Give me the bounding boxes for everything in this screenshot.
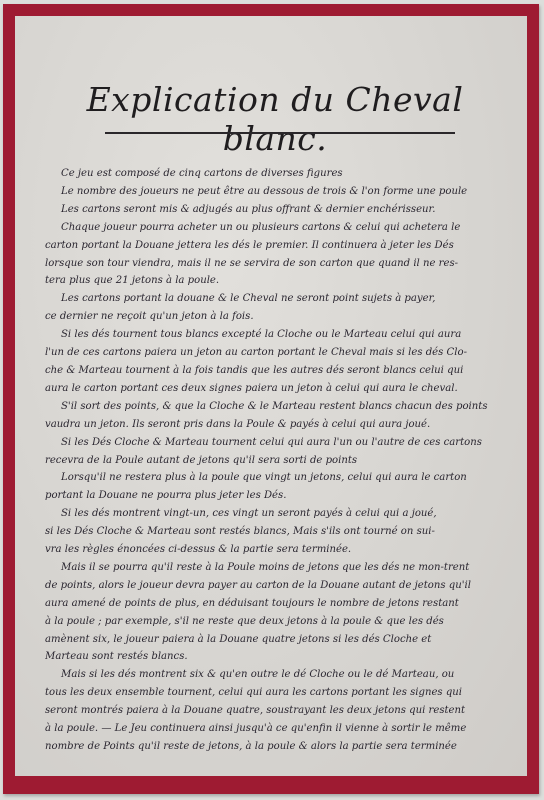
text-line: lorsque son tour viendra, mais il ne se … (45, 255, 515, 273)
text-line: à la poule ; par exemple, s'il ne reste … (45, 613, 515, 631)
text-line: Si les dés tournent tous blancs excepté … (45, 326, 515, 344)
text-line: S'il sort des points, & que la Cloche & … (45, 398, 515, 416)
document-body: Ce jeu est composé de cinq cartons de di… (45, 165, 515, 756)
document-title: Explication du Cheval blanc. (35, 80, 515, 158)
text-line: Les cartons seront mis & adjugés au plus… (45, 201, 515, 219)
text-line: ce dernier ne reçoit qu'un jeton à la fo… (45, 308, 515, 326)
card-border: Explication du Cheval blanc. Ce jeu est … (3, 4, 539, 794)
text-line: Si les Dés Cloche & Marteau tournent cel… (45, 434, 515, 452)
text-line: si les Dés Cloche & Marteau sont restés … (45, 523, 515, 541)
text-line: Marteau sont restés blancs. (45, 648, 515, 666)
text-line: Mais il se pourra qu'il reste à la Poule… (45, 559, 515, 577)
text-line: che & Marteau tournent à la fois tandis … (45, 362, 515, 380)
manuscript-page: Explication du Cheval blanc. Ce jeu est … (15, 16, 527, 776)
text-line: Lorsqu'il ne restera plus à la poule que… (45, 469, 515, 487)
text-line: nombre de Points qu'il reste de jetons, … (45, 738, 515, 756)
text-line: à la poule. — Le Jeu continuera ainsi ju… (45, 720, 515, 738)
text-line: Le nombre des joueurs ne peut être au de… (45, 183, 515, 201)
text-line: Les cartons portant la douane & le Cheva… (45, 290, 515, 308)
text-line: portant la Douane ne pourra plus jeter l… (45, 487, 515, 505)
text-line: Chaque joueur pourra acheter un ou plusi… (45, 219, 515, 237)
text-line: vaudra un jeton. Ils seront pris dans la… (45, 416, 515, 434)
text-line: carton portant la Douane jettera les dés… (45, 237, 515, 255)
text-line: l'un de ces cartons paiera un jeton au c… (45, 344, 515, 362)
text-line: tous les deux ensemble tournent, celui q… (45, 684, 515, 702)
text-line: Ce jeu est composé de cinq cartons de di… (45, 165, 515, 183)
text-line: aura amené de points de plus, en déduisa… (45, 595, 515, 613)
text-line: amènent six, le joueur paiera à la Douan… (45, 631, 515, 649)
text-line: de points, alors le joueur devra payer a… (45, 577, 515, 595)
text-line: Mais si les dés montrent six & qu'en out… (45, 666, 515, 684)
text-line: vra les règles énoncées ci-dessus & la p… (45, 541, 515, 559)
title-underline (105, 132, 455, 134)
text-line: seront montrés paiera à la Douane quatre… (45, 702, 515, 720)
text-line: Si les dés montrent vingt-un, ces vingt … (45, 505, 515, 523)
text-line: tera plus que 21 jetons à la poule. (45, 272, 515, 290)
text-line: recevra de la Poule autant de jetons qu'… (45, 452, 515, 470)
text-line: aura le carton portant ces deux signes p… (45, 380, 515, 398)
